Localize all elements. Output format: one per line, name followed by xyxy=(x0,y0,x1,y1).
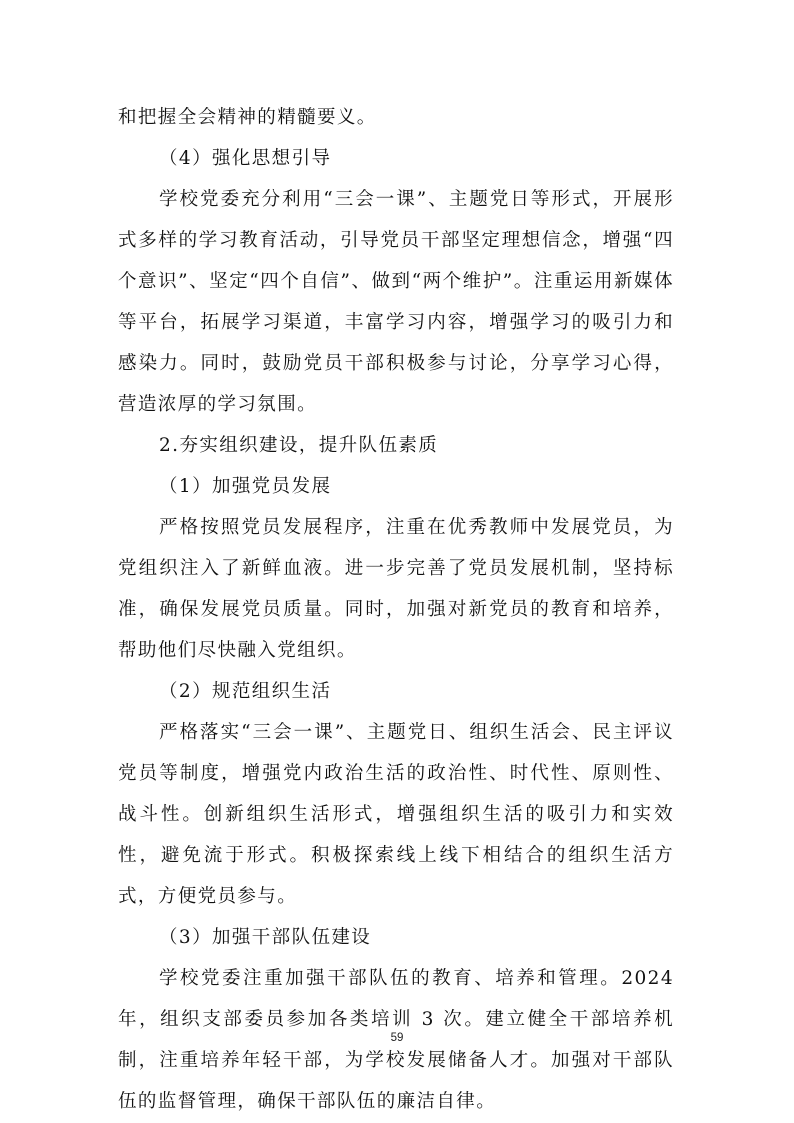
heading-organization-building: 2.夯实组织建设，提升队伍素质 xyxy=(118,425,674,466)
paragraph-organization-life: 严格落实“三会一课”、主题党日、组织生活会、民主评议党员等制度，增强党内政治生活… xyxy=(118,712,674,917)
subheading-strengthen-ideological-guidance: （4）强化思想引导 xyxy=(118,138,674,179)
document-page: 和把握全会精神的精髓要义。 （4）强化思想引导 学校党委充分利用“三会一课”、主… xyxy=(118,97,674,1122)
paragraph-party-member-development: 严格按照党员发展程序，注重在优秀教师中发展党员，为党组织注入了新鲜血液。进一步完… xyxy=(118,507,674,671)
page-number: 59 xyxy=(0,1032,794,1044)
subheading-party-member-development: （1）加强党员发展 xyxy=(118,466,674,507)
paragraph-continued: 和把握全会精神的精髓要义。 xyxy=(118,97,674,138)
subheading-cadre-team-building: （3）加强干部队伍建设 xyxy=(118,917,674,958)
paragraph-ideological-guidance: 学校党委充分利用“三会一课”、主题党日等形式，开展形式多样的学习教育活动，引导党… xyxy=(118,179,674,425)
subheading-standardize-organization-life: （2）规范组织生活 xyxy=(118,671,674,712)
